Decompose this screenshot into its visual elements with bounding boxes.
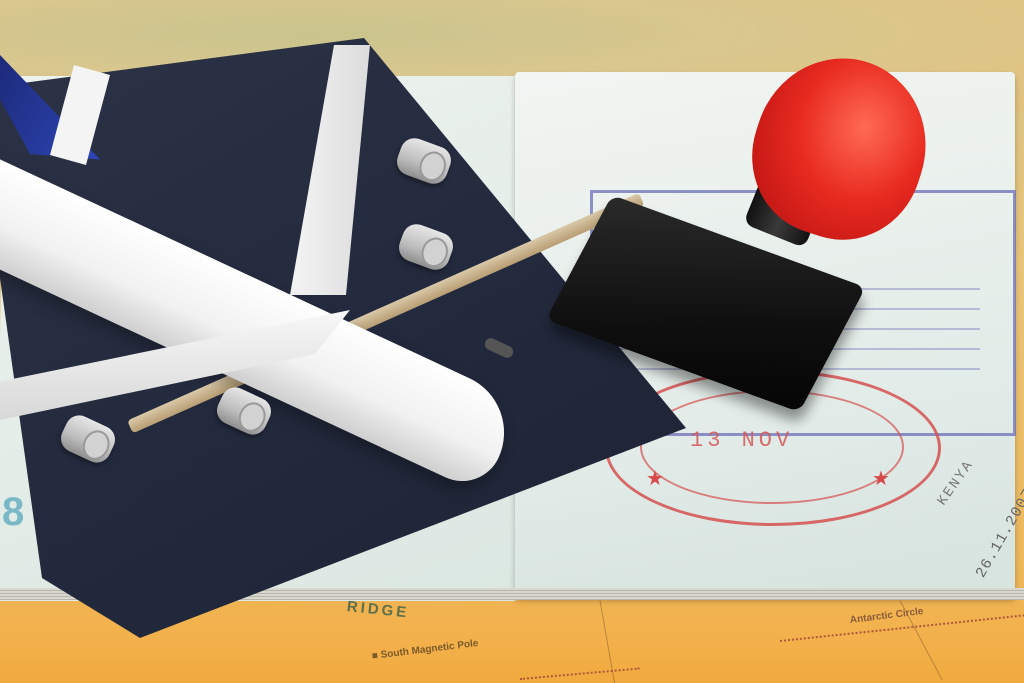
star-icon: ★ — [646, 466, 664, 491]
photo-scene: RIDGE ■ South Magnetic Pole Antarctic Ci… — [0, 0, 1024, 683]
passport-page-number: 8 — [2, 490, 24, 535]
star-icon: ★ — [872, 466, 890, 491]
red-stamp-date: 13 NOV — [690, 428, 793, 453]
